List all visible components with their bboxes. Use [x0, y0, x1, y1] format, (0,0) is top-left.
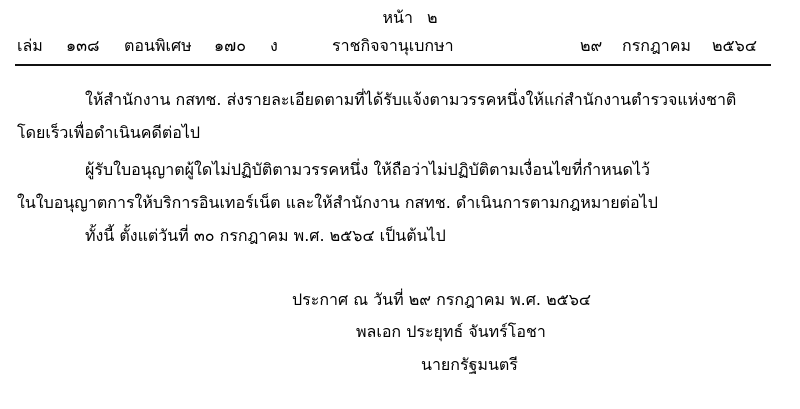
signatory-position: นายกรัฐมนตรี	[421, 355, 518, 375]
gazette-page: หน้า๒ เล่ม ๑๓๘ ตอนพิเศษ ๑๗๐ ง ราชกิจจานุ…	[0, 0, 800, 409]
category-letter: ง	[270, 36, 278, 56]
announcement-date: ประกาศ ณ วันที่ ๒๙ กรกฎาคม พ.ศ. ๒๕๖๔	[292, 290, 591, 310]
signatory-name: พลเอก ประยุทธ์ จันทร์โอชา	[356, 322, 546, 342]
header-date-day: ๒๙	[580, 36, 602, 56]
paragraph-1-line-2: โดยเร็วเพื่อดำเนินคดีต่อไป	[17, 123, 200, 143]
section-number: ๑๗๐	[214, 36, 246, 56]
header-date-year: ๒๕๖๔	[712, 36, 757, 56]
paragraph-3-line-1: ทั้งนี้ ตั้งแต่วันที่ ๓๐ กรกฎาคม พ.ศ. ๒๕…	[85, 226, 446, 246]
paragraph-1-line-1: ให้สำนักงาน กสทช. ส่งรายละเอียดตามที่ได้…	[85, 90, 736, 110]
page-number-value: ๒	[427, 8, 438, 28]
section-label: ตอนพิเศษ	[124, 36, 192, 56]
paragraph-2-line-1: ผู้รับใบอนุญาตผู้ใดไม่ปฏิบัติตามวรรคหนึ่…	[85, 160, 650, 180]
publication-title: ราชกิจจานุเบกษา	[332, 36, 454, 56]
volume-label: เล่ม	[17, 36, 43, 56]
page-number-label: หน้า	[382, 8, 412, 28]
header-divider	[15, 64, 771, 66]
paragraph-2-line-2: ในใบอนุญาตการให้บริการอินเทอร์เน็ต และให…	[17, 193, 658, 213]
volume-number: ๑๓๘	[66, 36, 99, 56]
page-number: หน้า๒	[0, 8, 800, 28]
header-date-month: กรกฎาคม	[622, 36, 691, 56]
